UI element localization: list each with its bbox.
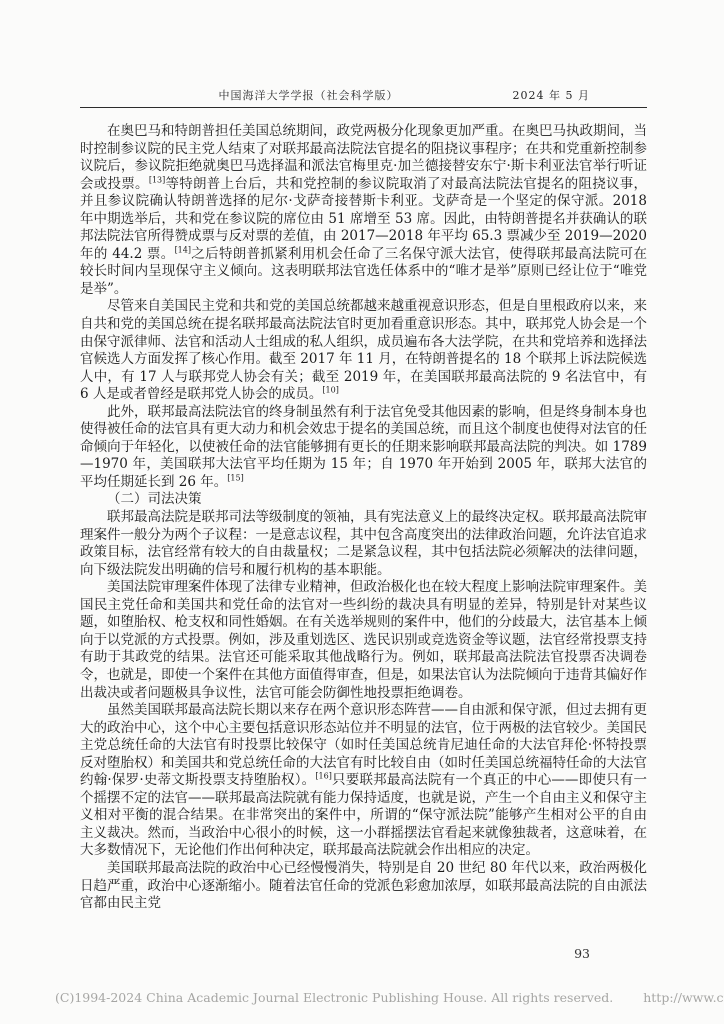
citation-ref: [10]: [322, 386, 338, 395]
journal-title: 中国海洋大学学报（社会科学版）: [80, 87, 537, 103]
paragraph-two-agendas: 联邦最高法院是联邦司法等级制度的领袖，具有宪法意义上的最终决定权。联邦最高法院审…: [80, 509, 647, 579]
paragraph-obama-trump-nominations: 在奥巴马和特朗普担任美国总统期间，政党两极分化现象更加严重。在奥巴马执政期间，当…: [80, 123, 647, 298]
footer-copyright: (C)1994-2024 China Academic Journal Elec…: [55, 990, 613, 1005]
issue-date: 2024 年 5 月: [513, 87, 590, 103]
journal-page: 中国海洋大学学报（社会科学版） 2024 年 5 月 在奥巴马和特朗普担任美国总…: [0, 0, 724, 1024]
citation-ref: [15]: [227, 473, 243, 482]
paragraph-political-center: 虽然美国联邦最高法院长期以来存在两个意识形态阵营——自由派和保守派，但过去拥有更…: [80, 702, 647, 860]
paragraph-center-vanishing: 美国联邦最高法院的政治中心已经慢慢消失，特别是自 20 世纪 80 年代以来，政…: [80, 860, 647, 913]
section-heading-judicial-decision: （二）司法决策: [80, 491, 647, 509]
page-number: 93: [80, 946, 647, 961]
header-rule: [80, 107, 647, 108]
citation-ref: [16]: [315, 772, 331, 781]
footer-url: http://www.cnki.net: [643, 990, 724, 1005]
citation-ref: [14]: [175, 245, 191, 254]
article-body: 在奥巴马和特朗普担任美国总统期间，政党两极分化现象更加严重。在奥巴马执政期间，当…: [80, 123, 647, 913]
page-footer: (C)1994-2024 China Academic Journal Elec…: [55, 990, 669, 1005]
paragraph-life-tenure: 此外，联邦最高法院法官的终身制虽然有利于法官免受其他因素的影响，但是终身制本身也…: [80, 404, 647, 492]
paragraph-federalist-society: 尽管来自美国民主党和共和党的美国总统都越来越重视意识形态，但是自里根政府以来，来…: [80, 298, 647, 403]
paragraph-polarized-rulings: 美国法院审理案件体现了法律专业精神，但政治极化也在较大程度上影响法院审理案件。美…: [80, 579, 647, 702]
page-header: 中国海洋大学学报（社会科学版） 2024 年 5 月: [80, 84, 647, 106]
citation-ref: [13]: [149, 175, 165, 184]
